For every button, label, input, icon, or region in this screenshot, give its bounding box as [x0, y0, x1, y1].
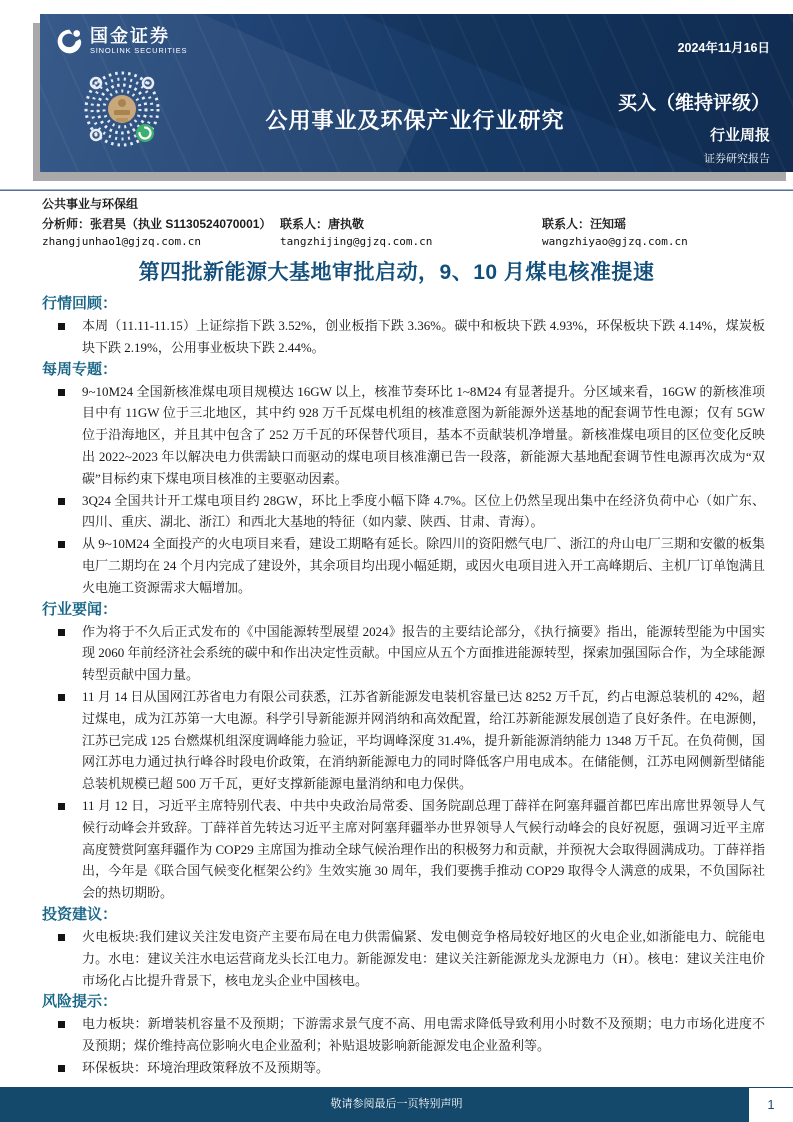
team-block: 公共事业与环保组 分析师：张君昊（执业 S1130524070001） zhan…: [42, 196, 772, 251]
banner-report-title: 公用事业及环保产业行业研究: [200, 104, 630, 135]
page-title: 第四批新能源大基地审批启动，9、10 月煤电核准提速: [0, 256, 793, 286]
analyst-entry: 分析师：张君昊（执业 S1130524070001） zhangjunhao1@…: [42, 215, 280, 251]
bullet-text: 电力板块：新增装机容量不及预期；下游需求景气度不高、用电需求降低导致利用小时数不…: [82, 1013, 765, 1057]
contact-email: wangzhiyao@gjzq.com.cn: [542, 233, 772, 251]
bullet-text: 从 9~10M24 全面投产的火电项目来看，建设工期略有延长。除四川的资阳燃气电…: [82, 533, 765, 598]
bullet-marker: [58, 541, 65, 548]
bullet-text: 火电板块:我们建议关注发电资产主要布局在电力供需偏紧、发电侧竞争格局较好地区的火…: [82, 926, 765, 991]
brand-text: 国金证券 SINOLINK SECURITIES: [90, 27, 187, 55]
section-heading-market-review: 行情回顾：: [42, 293, 767, 315]
bullet-text: 11 月 14 日从国网江苏省电力有限公司获悉，江苏省新能源发电装机容量已达 8…: [82, 686, 765, 795]
bullet-marker: [58, 1021, 65, 1028]
bullet-marker: [58, 389, 65, 396]
bullet-text: 本周（11.11-11.15）上证综指下跌 3.52%，创业板指下跌 3.36%…: [82, 315, 765, 359]
bullet-text: 作为将于不久后正式发布的《中国能源转型展望 2024》报告的主要结论部分，《执行…: [82, 621, 765, 686]
analyst-email: zhangjunhao1@gjzq.com.cn: [42, 233, 280, 251]
bullet-text: 环保板块：环境治理政策释放不及预期等。: [82, 1057, 765, 1079]
brand-logo: 国金证券 SINOLINK SECURITIES: [56, 27, 187, 55]
bullet-marker: [58, 629, 65, 636]
list-item: 作为将于不久后正式发布的《中国能源转型展望 2024》报告的主要结论部分，《执行…: [42, 621, 767, 686]
report-type-label: 行业周报: [710, 124, 770, 145]
rating-label: 买入（维持评级）: [618, 88, 770, 115]
doc-type-label: 证券研究报告: [704, 150, 770, 166]
page-number: 1: [749, 1088, 793, 1122]
section-heading-weekly-topic: 每周专题：: [42, 359, 767, 381]
contact-entry: 联系人：唐执敬 tangzhijing@gjzq.com.cn: [280, 215, 542, 251]
list-item: 3Q24 全国共计开工煤电项目约 28GW，环比上季度小幅下降 4.7%。区位上…: [42, 490, 767, 534]
contact-email: tangzhijing@gjzq.com.cn: [280, 233, 542, 251]
footer-bar: 敬请参阅最后一页特别声明 1: [0, 1087, 793, 1122]
section-heading-risk-warning: 风险提示：: [42, 991, 767, 1013]
contact-title: 联系人：汪知瑶: [542, 215, 772, 233]
contact-entry: 联系人：汪知瑶 wangzhiyao@gjzq.com.cn: [542, 215, 772, 251]
analyst-title: 分析师：张君昊（执业 S1130524070001）: [42, 215, 280, 233]
list-item: 本周（11.11-11.15）上证综指下跌 3.52%，创业板指下跌 3.36%…: [42, 315, 767, 359]
report-date: 2024年11月16日: [678, 38, 770, 56]
list-item: 11 月 14 日从国网江苏省电力有限公司获悉，江苏省新能源发电装机容量已达 8…: [42, 686, 767, 795]
contact-title: 联系人：唐执敬: [280, 215, 542, 233]
bullet-text: 9~10M24 全国新核准煤电项目规模达 16GW 以上，核准节奏环比 1~8M…: [82, 381, 765, 490]
sinolink-logo-icon: [56, 28, 83, 55]
list-item: 火电板块:我们建议关注发电资产主要布局在电力供需偏紧、发电侧竞争格局较好地区的火…: [42, 926, 767, 991]
section-heading-industry-news: 行业要闻：: [42, 599, 767, 621]
header-divider: [0, 189, 793, 191]
list-item: 9~10M24 全国新核准煤电项目规模达 16GW 以上，核准节奏环比 1~8M…: [42, 381, 767, 490]
list-item: 从 9~10M24 全面投产的火电项目来看，建设工期略有延长。除四川的资阳燃气电…: [42, 533, 767, 598]
bullet-marker: [58, 498, 65, 505]
bullet-marker: [58, 323, 65, 330]
team-members: 分析师：张君昊（执业 S1130524070001） zhangjunhao1@…: [42, 215, 772, 251]
footer-disclaimer: 敬请参阅最后一页特别声明: [0, 1087, 793, 1122]
bullet-marker: [58, 934, 65, 941]
list-item: 电力板块：新增装机容量不及预期；下游需求景气度不高、用电需求降低导致利用小时数不…: [42, 1013, 767, 1057]
header-banner: 国金证券 SINOLINK SECURITIES 公用事业及环保产业行业研究 2…: [40, 14, 793, 172]
report-body: 行情回顾： 本周（11.11-11.15）上证综指下跌 3.52%，创业板指下跌…: [42, 293, 767, 1079]
list-item: 环保板块：环境治理政策释放不及预期等。: [42, 1057, 767, 1079]
bullet-marker: [58, 1065, 65, 1072]
bullet-text: 3Q24 全国共计开工煤电项目约 28GW，环比上季度小幅下降 4.7%。区位上…: [82, 490, 765, 534]
brand-name-cn: 国金证券: [90, 27, 187, 46]
bullet-text: 11 月 12 日，习近平主席特别代表、中共中央政治局常委、国务院副总理丁薛祥在…: [82, 795, 765, 904]
bullet-marker: [58, 694, 65, 701]
bullet-marker: [58, 803, 65, 810]
brand-name-en: SINOLINK SECURITIES: [90, 46, 187, 55]
qr-code-icon: [82, 69, 162, 149]
team-group-name: 公共事业与环保组: [42, 196, 772, 213]
section-heading-investment-advice: 投资建议：: [42, 904, 767, 926]
list-item: 11 月 12 日，习近平主席特别代表、中共中央政治局常委、国务院副总理丁薛祥在…: [42, 795, 767, 904]
